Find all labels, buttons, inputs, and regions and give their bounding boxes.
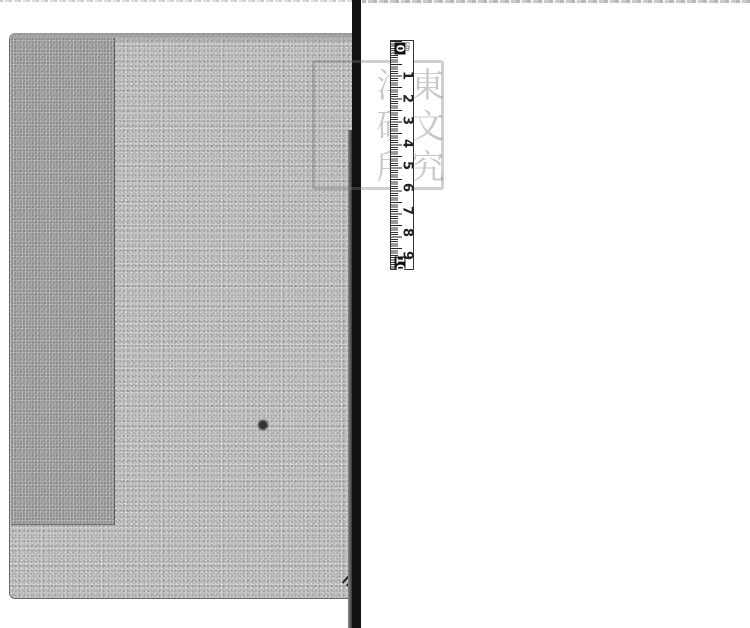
ruler-number: 8 (400, 226, 415, 240)
library-seal-stamp-icon: 東洋 文研 究所 (312, 60, 444, 190)
ruler-number: 6 (400, 181, 415, 195)
title-slip-area (11, 38, 115, 525)
ruler-number: 4 (400, 136, 415, 150)
ruler-number: 2 (400, 91, 415, 105)
ruler-number: 5 (400, 159, 415, 173)
ink-stain (257, 419, 269, 431)
scale-ruler: 0 cm 123456789 10 (390, 40, 414, 270)
ruler-end-label: 10 (395, 257, 406, 269)
scan-top-edge-right (362, 0, 750, 3)
scan-top-edge-left (0, 0, 352, 2)
book-cover (9, 33, 354, 599)
ruler-number: 3 (400, 114, 415, 128)
ruler-number: 1 (400, 69, 415, 83)
frayed-top-edge (9, 33, 354, 43)
ruler-unit-label: cm (404, 42, 411, 51)
ruler-number: 7 (400, 203, 415, 217)
